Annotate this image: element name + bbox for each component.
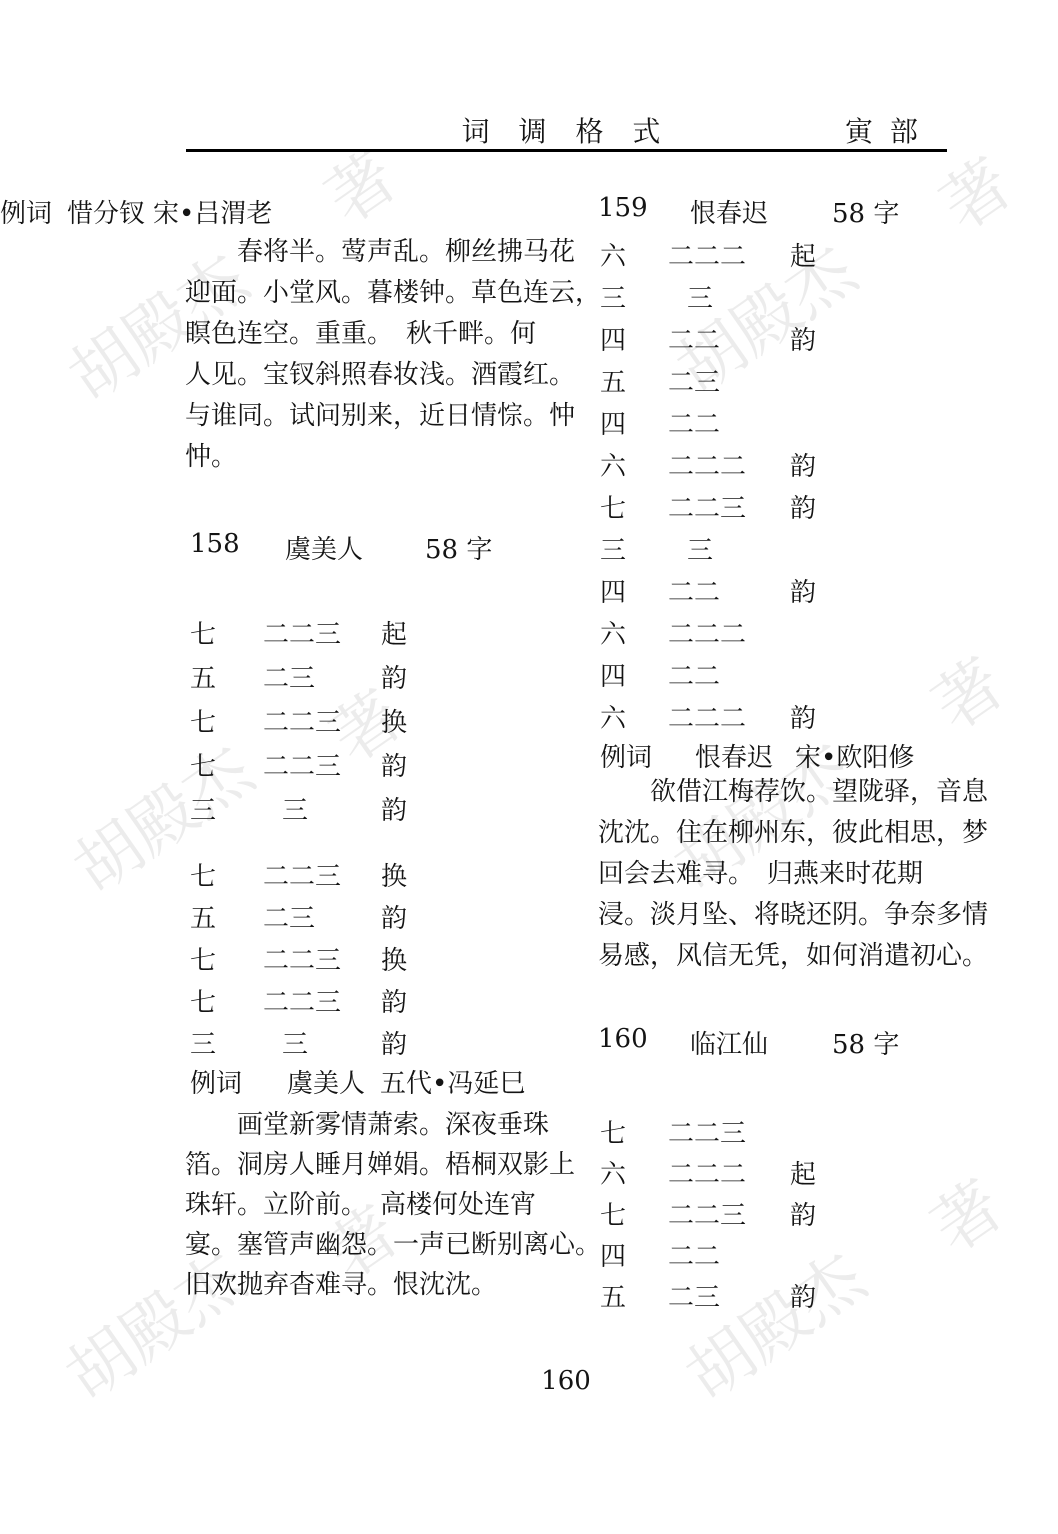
row-rhyme: 韵 [790, 446, 816, 483]
page-header-title: 词 调 格 式 [186, 110, 946, 150]
page-header-part: 寅 部 [845, 110, 922, 150]
book-page: 胡殿杰 著 胡殿杰 著 胡殿杰 著 胡殿杰 著 胡殿杰 著 胡殿杰 著 词 调 … [0, 0, 1058, 1534]
row-pattern: 二二三 [263, 614, 341, 651]
row-length: 五 [190, 898, 216, 935]
row-length: 六 [600, 614, 626, 651]
row-pattern: 二二二 [668, 614, 746, 651]
row-length: 四 [600, 320, 626, 357]
row-rhyme: 换 [381, 702, 407, 739]
row-rhyme: 韵 [790, 1277, 816, 1314]
row-rhyme: 韵 [381, 658, 407, 695]
row-pattern: 二二 [668, 320, 720, 357]
row-rhyme: 韵 [790, 488, 816, 525]
example-label: 例词 [190, 1063, 242, 1100]
row-length: 四 [600, 656, 626, 693]
row-rhyme: 韵 [381, 982, 407, 1019]
row-rhyme: 韵 [381, 746, 407, 783]
poem-line: 瞑色连空。重重。 秋千畔。何 [185, 314, 601, 355]
header-rule [186, 149, 947, 152]
example-poem: 画堂新雾情萧索。深夜垂珠 箔。洞房人睡月婵娟。梧桐双影上 珠轩。立阶前。 高楼何… [185, 1105, 601, 1305]
row-rhyme: 韵 [790, 698, 816, 735]
row-pattern: 二三 [263, 898, 315, 935]
row-rhyme: 韵 [790, 572, 816, 609]
row-pattern: 二二二 [668, 698, 746, 735]
tune-author: 宋•吕渭老 [153, 193, 272, 230]
row-pattern: 三 [687, 278, 713, 315]
row-pattern: 二三 [263, 658, 315, 695]
row-pattern: 二二三 [668, 1195, 746, 1232]
row-length: 七 [600, 1195, 626, 1232]
section-number: 160 [598, 1024, 648, 1054]
poem-line: 春将半。莺声乱。柳丝拂马花 [185, 232, 601, 273]
row-length: 六 [600, 446, 626, 483]
watermark-author-name: 胡殿杰 [52, 719, 269, 910]
poem-line: 浸。淡月坠、将晓还阴。争奈多情 [598, 895, 988, 936]
section-length: 58 字 [832, 193, 899, 230]
poem-line: 珠轩。立阶前。 高楼何处连宵 [185, 1185, 601, 1225]
row-pattern: 二二三 [263, 940, 341, 977]
row-length: 三 [600, 530, 626, 567]
row-pattern: 二三 [668, 362, 720, 399]
tune-title: 恨春迟 [695, 737, 773, 774]
poem-line: 回会去难寻。 归燕来时花期 [598, 854, 988, 895]
row-length: 五 [600, 362, 626, 399]
row-length: 七 [190, 746, 216, 783]
row-length: 七 [190, 702, 216, 739]
row-pattern: 二二三 [263, 746, 341, 783]
row-pattern: 三 [282, 1024, 308, 1061]
row-pattern: 二二三 [263, 856, 341, 893]
row-pattern: 三 [687, 530, 713, 567]
section-title: 虞美人 [285, 529, 363, 566]
row-length: 五 [600, 1277, 626, 1314]
tune-title: 惜分钗 [67, 193, 145, 230]
row-pattern: 二二 [668, 1236, 720, 1273]
row-length: 五 [190, 658, 216, 695]
poem-line: 与谁同。试问别来，近日情悰。忡 [185, 396, 601, 437]
row-pattern: 三 [282, 790, 308, 827]
poem-line: 沈沈。住在柳州东，彼此相思，梦 [598, 813, 988, 854]
row-pattern: 二二 [668, 404, 720, 441]
example-poem: 欲借江梅荐饮。望陇驿，音息 沈沈。住在柳州东，彼此相思，梦 回会去难寻。 归燕来… [598, 772, 988, 977]
row-length: 四 [600, 572, 626, 609]
row-length: 六 [600, 698, 626, 735]
row-rhyme: 换 [381, 856, 407, 893]
row-length: 四 [600, 1236, 626, 1273]
row-pattern: 二二三 [668, 1113, 746, 1150]
poem-line: 易感，风信无凭，如何消遣初心。 [598, 936, 988, 977]
page-number: 160 [186, 1366, 946, 1396]
row-length: 七 [600, 1113, 626, 1150]
row-pattern: 二二二 [668, 236, 746, 273]
section-number: 158 [190, 529, 240, 559]
row-pattern: 二二 [668, 572, 720, 609]
poem-line: 欲借江梅荐饮。望陇驿，音息 [598, 772, 988, 813]
row-length: 七 [190, 856, 216, 893]
row-pattern: 二二三 [668, 488, 746, 525]
poem-line: 迎面。小堂风。暮楼钟。草色连云， [185, 273, 601, 314]
section-title: 恨春迟 [690, 193, 768, 230]
row-pattern: 二二 [668, 656, 720, 693]
row-length: 六 [600, 236, 626, 273]
section-length: 58 字 [425, 529, 492, 566]
poem-line: 忡。 [185, 437, 601, 478]
row-length: 三 [600, 278, 626, 315]
row-pattern: 二二三 [263, 982, 341, 1019]
row-rhyme: 韵 [790, 320, 816, 357]
example-label: 例词 [0, 193, 52, 230]
example-label: 例词 [600, 737, 652, 774]
row-length: 七 [190, 982, 216, 1019]
poem-line: 旧欢抛弃杳难寻。恨沈沈。 [185, 1265, 601, 1305]
poem-line: 人见。宝钗斜照春妆浅。酒霞红。 [185, 355, 601, 396]
row-length: 七 [190, 614, 216, 651]
section-number: 159 [598, 193, 648, 223]
row-rhyme: 韵 [381, 898, 407, 935]
row-pattern: 二二二 [668, 1154, 746, 1191]
row-length: 七 [600, 488, 626, 525]
watermark-author-suffix: 著 [911, 632, 1020, 748]
row-length: 六 [600, 1154, 626, 1191]
tune-author: 宋•欧阳修 [795, 737, 914, 774]
row-length: 七 [190, 940, 216, 977]
poem-line: 箔。洞房人睡月婵娟。梧桐双影上 [185, 1145, 601, 1185]
section-title: 临江仙 [690, 1024, 768, 1061]
watermark-author-suffix: 著 [910, 1154, 1019, 1270]
row-rhyme: 韵 [790, 1195, 816, 1232]
row-length: 三 [190, 790, 216, 827]
row-rhyme: 韵 [381, 1024, 407, 1061]
example-poem: 春将半。莺声乱。柳丝拂马花 迎面。小堂风。暮楼钟。草色连云， 瞑色连空。重重。 … [185, 232, 601, 478]
row-rhyme: 换 [381, 940, 407, 977]
row-pattern: 二二二 [668, 446, 746, 483]
poem-line: 画堂新雾情萧索。深夜垂珠 [185, 1105, 601, 1145]
row-pattern: 二三 [668, 1277, 720, 1314]
tune-author: 五代•冯延巳 [380, 1063, 525, 1100]
row-rhyme: 起 [790, 236, 816, 273]
row-rhyme: 韵 [381, 790, 407, 827]
row-rhyme: 起 [790, 1154, 816, 1191]
row-length: 四 [600, 404, 626, 441]
row-pattern: 二二三 [263, 702, 341, 739]
section-length: 58 字 [832, 1024, 899, 1061]
row-length: 三 [190, 1024, 216, 1061]
tune-title: 虞美人 [287, 1063, 365, 1100]
row-rhyme: 起 [381, 614, 407, 651]
poem-line: 宴。塞管声幽怨。一声已断别离心。 [185, 1225, 601, 1265]
